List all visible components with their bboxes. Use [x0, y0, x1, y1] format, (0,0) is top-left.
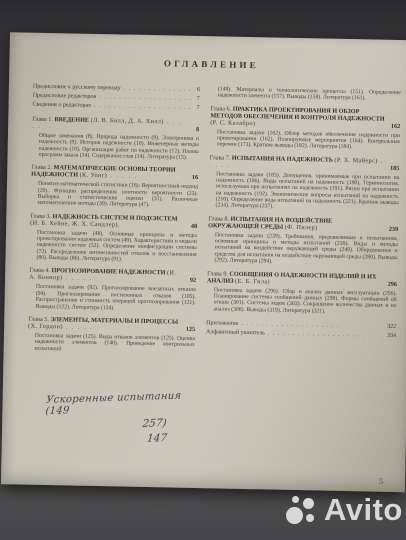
handwritten-line: 257)	[142, 416, 197, 430]
chapter-page-number: 48	[191, 223, 197, 230]
chapter-page-number: 16	[192, 174, 198, 181]
avito-watermark: Avito	[286, 490, 403, 530]
chapter-page-number: 8	[196, 126, 199, 133]
toc-entry-chapter-4: Глава 4. ПРОГНОЗИРОВАНИЕ НАДЕЖНОСТИ (И. …	[29, 267, 196, 284]
toc-left-column: Предисловие к русскому переводу 6 Предис…	[28, 83, 200, 355]
front-matter-list: Предисловие к русскому переводу 6 Предис…	[32, 83, 200, 113]
chapter-authors: (И. Б. Хейне, Ж. Х. Сандлер).	[30, 219, 120, 228]
chapter-number: Глава 7.	[209, 154, 230, 161]
avito-wordmark: Avito	[324, 492, 403, 528]
chapter-page-number: 125	[186, 326, 195, 333]
entry-page-number: 7	[196, 104, 199, 113]
toc-entry-chapter-3: Глава 3. НАДЕЖНОСТЬ СИСТЕМ И ПОДСИСТЕМ (…	[30, 212, 197, 229]
leader-dots	[107, 173, 138, 181]
chapter-authors: (Х. Гордон)	[28, 322, 63, 330]
leader-dots	[62, 275, 93, 283]
photo-of-book-page: ОГЛАВЛЕНИЕ Предисловие к русскому перево…	[0, 0, 406, 540]
chapter-summary: Постановка задачи (185). Допущения, прин…	[215, 171, 399, 213]
chapter-summary: Постановка задачи (239). Требования, пре…	[214, 232, 398, 267]
chapter-summary: Постановка задачи (125). Виды отказов эл…	[35, 333, 195, 355]
chapter-authors: (Р. Х. Майерс)	[334, 156, 377, 164]
chapter-authors: (Л. В. Билл, Д. А. Хилл)	[91, 117, 164, 125]
chapter-page-number: 92	[190, 277, 196, 284]
chapter-page-number: 239	[389, 226, 398, 233]
chapter-authors: (К. Уонг)	[80, 172, 108, 180]
chapter-summary: Понятия математической статистики (16). …	[38, 181, 198, 210]
handwritten-line: Ускоренные испытания (149	[45, 390, 197, 417]
chapter-title: ИСПЫТАНИЯ НА НАДЕЖНОСТЬ	[232, 154, 333, 163]
toc-entry-chapter-1: Глава 1. ВВЕДЕНИЕ (Л. В. Билл, Д. А. Хил…	[32, 116, 199, 133]
entry-page-number: 6	[197, 86, 200, 95]
list-item: Сведения о редакторах 7	[32, 101, 199, 113]
leader-dots	[268, 329, 384, 340]
toc-entry-chapter-7: Глава 7. ИСПЫТАНИЯ НА НАДЕЖНОСТЬ (Р. Х. …	[209, 154, 399, 172]
entry-page-number: 322	[387, 323, 396, 332]
book-page-number: 5	[379, 477, 383, 486]
toc-entry-chapter-9: Глава 9. СООБЩЕНИЯ О НАДЕЖНОСТИ ИЗДЕЛИЙ …	[207, 270, 397, 288]
chapter-title: СООБЩЕНИЯ О НАДЕЖНОСТИ ИЗДЕЛИЙ И ИХ АНАЛ…	[207, 270, 376, 284]
chapter-page-number: 162	[391, 123, 400, 130]
leader-dots	[63, 323, 94, 331]
toc-right-column: (148). Материалы и технологические проце…	[206, 86, 401, 359]
chapter-5-summary-continuation: (148). Материалы и технологические проце…	[218, 86, 401, 102]
toc-entry-chapter-8: Глава 8. ИСПЫТАНИЯ НА ВОЗДЕЙСТВИЕ ОКРУЖА…	[208, 215, 398, 233]
chapter-summary: Постановка задачи (162). Обзор методов о…	[217, 129, 400, 152]
chapter-authors: (Е. Б. Гила)	[235, 277, 270, 285]
handwritten-note: Ускоренные испытания (149 257) 147	[45, 390, 197, 448]
toc-entry-chapter-5: Глава 5. ЭЛЕМЕНТЫ, МАТЕРИАЛЫ И ПРОЦЕССЫ …	[28, 315, 195, 332]
back-matter-list: Приложение 322 Алфавитный указатель 334	[206, 319, 396, 341]
leader-dots	[94, 102, 194, 113]
entry-page-number: 334	[387, 332, 396, 341]
entry-label: Алфавитный указатель	[206, 328, 265, 338]
chapter-summary: Постановка задачи (92). Прогнозирование …	[35, 284, 195, 313]
chapter-page-number: 185	[390, 165, 399, 172]
chapter-title: ВВЕДЕНИЕ	[54, 116, 89, 124]
entry-label: Сведения о редакторах	[32, 101, 91, 111]
book-page: ОГЛАВЛЕНИЕ Предисловие к русскому перево…	[1, 32, 406, 492]
toc-entry-chapter-2: Глава 2. МАТЕМАТИЧЕСКИЕ ОСНОВЫ ТЕОРИИ НА…	[31, 164, 198, 181]
avito-logo-icon	[286, 490, 318, 530]
toc-columns: Предисловие к русскому переводу 6 Предис…	[4, 65, 406, 359]
chapter-summary: Постановка задачи (296). Сбор и анализ д…	[213, 287, 396, 316]
chapter-summary: Постановка задачи (48). Основные принцип…	[36, 230, 197, 265]
toc-entry-chapter-6: Глава 6. ПРАКТИКА ПРОЕКТИРОВАНИЯ И ОБЗОР…	[210, 105, 400, 130]
entry-page-number: 7	[197, 95, 200, 104]
chapter-page-number: 296	[388, 280, 397, 287]
chapter-summary: Общие замечания (8). Природа надежности …	[38, 133, 198, 162]
chapter-authors: (Ф. Пилер)	[285, 224, 318, 232]
handwritten-line: 147	[146, 431, 197, 445]
chapter-authors: (Р. С. Калабро)	[210, 119, 255, 127]
